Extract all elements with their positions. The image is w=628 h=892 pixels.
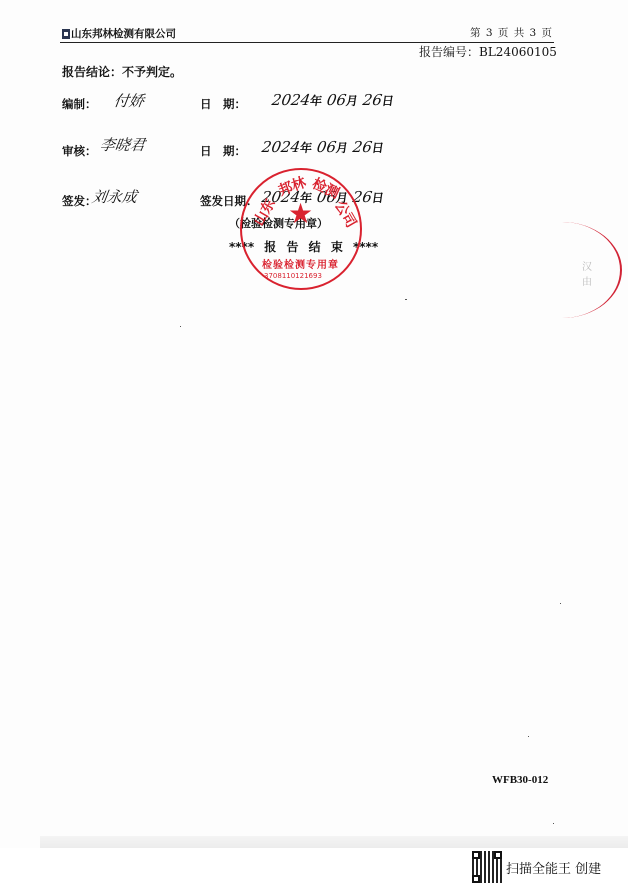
scanner-watermark: 扫描全能王 创建 [472,851,601,883]
reviewed-label: 审核： [62,143,97,159]
prepared-date: 2024年 06月 26日 [271,91,396,109]
page-counter: 第 3 页 共 3 页 [470,25,553,40]
seal-star-icon: ★ [288,200,313,228]
scanner-credit: 扫描全能王 创建 [506,858,601,877]
report-number-label: 报告编号： [419,45,479,59]
issued-signature: 刘永成 [91,186,139,207]
company-name: 山东邦林检测有限公司 [71,26,176,41]
reviewed-signature: 李晓君 [99,134,147,155]
official-seal: 山东 邦林 检测 公司 ★ 检验检测专用章 3708110121693 [240,168,362,290]
qr-code-icon [472,851,502,883]
seal-code: 3708110121693 [264,272,322,280]
report-number: 报告编号：BL24060105 [419,43,557,60]
form-code: WFB30-012 [492,774,548,786]
reviewed-date-label: 日 期： [200,143,246,159]
company-header: 山东邦林检测有限公司 [62,26,176,41]
company-logo-icon [62,29,70,39]
scan-edge-shadow [40,836,628,848]
report-number-value: BL24060105 [479,45,557,59]
prepared-signature: 付娇 [113,90,146,111]
prepared-date-label: 日 期： [200,96,246,112]
seal-label: 检验检测专用章 [262,256,339,271]
seam-seal-text: 汉由 [582,258,592,288]
document-page: 山东邦林检测有限公司 第 3 页 共 3 页 报告编号：BL24060105 报… [0,0,628,848]
reviewed-date: 2024年 06月 26日 [261,138,386,156]
report-conclusion: 报告结论：不予判定。 [62,63,182,80]
prepared-label: 编制： [62,96,97,112]
seal-arc-text: 山东 [248,195,279,229]
